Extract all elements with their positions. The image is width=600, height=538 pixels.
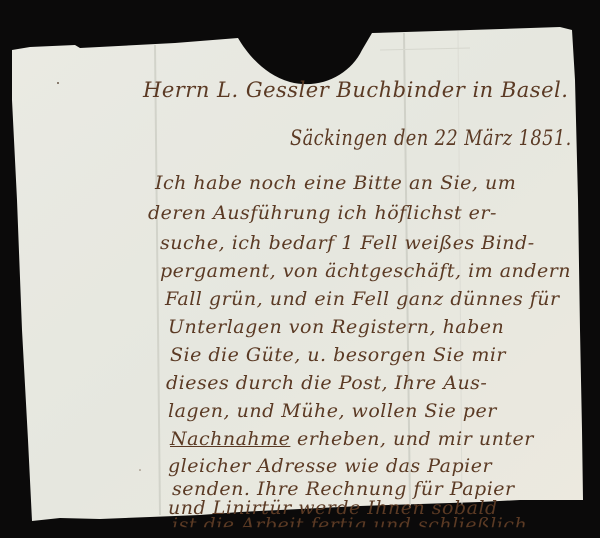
body-line-7: Sie die Güte, u. besorgen Sie mir [170,344,506,366]
body-line-4: pergament, von ächtgeschäft, im andern [160,260,571,282]
body-line-6: Unterlagen von Registern, haben [168,316,504,338]
body-line-8: dieses durch die Post, Ihre Aus- [166,372,487,394]
body-line-1: Ich habe noch eine Bitte an Sie, um [155,172,516,194]
dateline: Säckingen den 22 März 1851. [290,126,572,150]
dateline-date: den 22 März 1851. [394,126,572,150]
body-line-2: deren Ausführung ich höflichst er- [148,202,497,224]
body-line-10: Nachnahme erheben, und mir unter [170,428,534,450]
body-line-5: Fall grün, und ein Fell ganz dünnes für [165,288,560,310]
body-line-3: suche, ich bedarf 1 Fell weißes Bind- [160,232,535,254]
dateline-place: Säckingen [290,126,388,150]
body-line-9: lagen, und Mühe, wollen Sie per [168,400,497,422]
address-line: Herrn L. Gessler Buchbinder in Basel. [143,78,568,102]
body-line-11: gleicher Adresse wie das Papier [168,455,492,477]
letter-scan: Herrn L. Gessler Buchbinder in Basel. Sä… [0,0,600,538]
underlined-word: Nachnahme [170,428,290,450]
